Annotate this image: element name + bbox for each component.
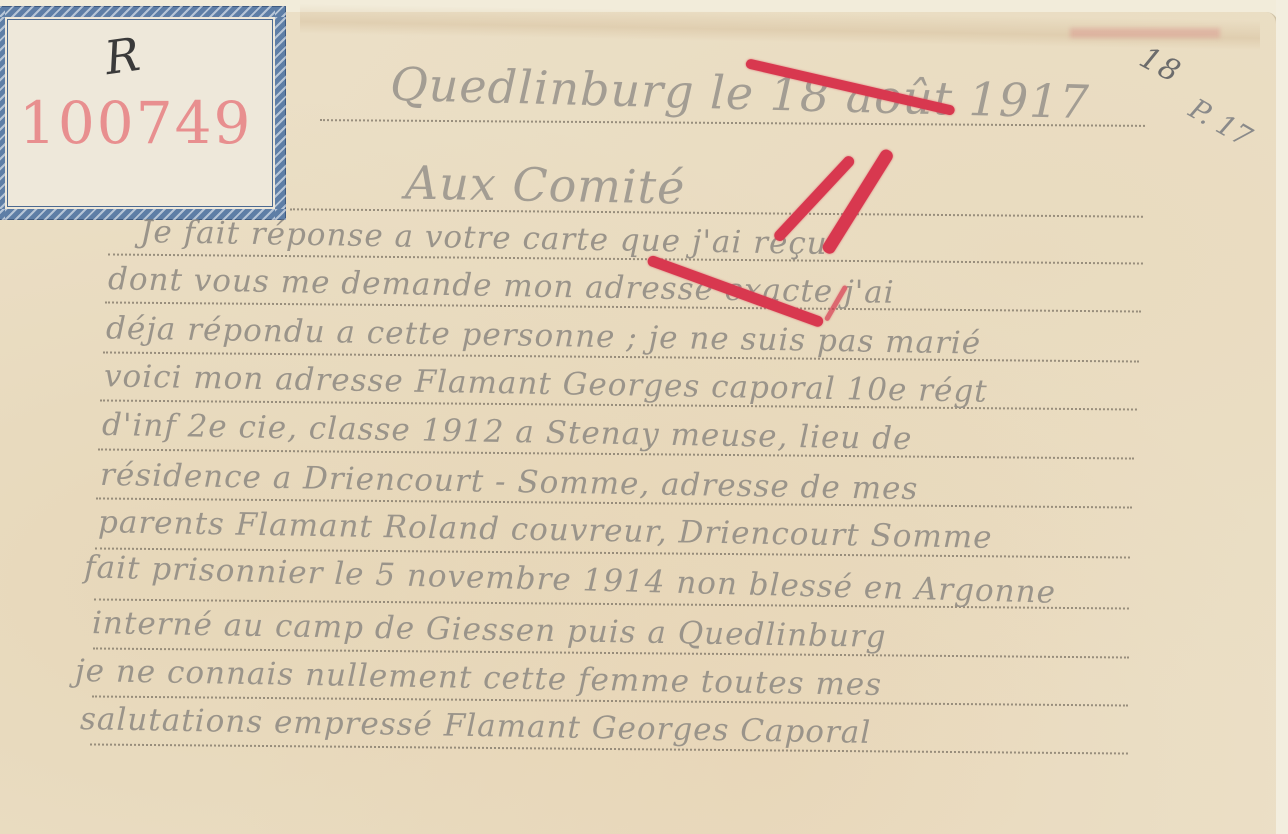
archive-label: R 100749 (0, 6, 286, 220)
archive-number: 100749 (19, 89, 252, 157)
letter-salutation: Aux Comité (405, 156, 686, 215)
scan-margin (1276, 0, 1288, 834)
archive-handwritten-mark: R (101, 27, 143, 85)
red-smudge (1070, 28, 1220, 38)
